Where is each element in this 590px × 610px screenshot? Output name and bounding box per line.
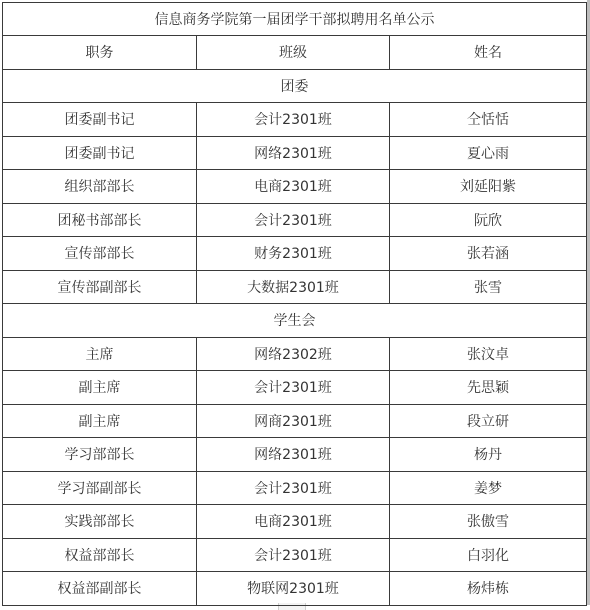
header-position: 职务 [3,36,197,70]
table-row: 组织部部长电商2301班刘延阳紫 [3,170,587,204]
cell-name: 杨丹 [390,438,587,472]
table-row: 团秘书部部长会计2301班阮欣 [3,203,587,237]
cell-position: 学习部部长 [3,438,197,472]
section-row: 团委 [3,69,587,103]
cell-name: 先思颖 [390,371,587,405]
cell-class: 电商2301班 [197,170,390,204]
title-row: 信息商务学院第一届团学干部拟聘用名单公示 [3,3,587,36]
cell-class: 会计2301班 [197,538,390,572]
cell-position: 权益部部长 [3,538,197,572]
table-row: 副主席会计2301班先思颖 [3,371,587,405]
cell-name: 夏心雨 [390,136,587,170]
cell-class: 网络2301班 [197,438,390,472]
cell-class: 会计2301班 [197,103,390,137]
cell-class: 物联网2301班 [197,572,390,606]
cell-position: 主席 [3,337,197,371]
table-row: 团委副书记网络2301班夏心雨 [3,136,587,170]
cell-position: 团委副书记 [3,103,197,137]
cell-name: 段立研 [390,404,587,438]
cell-name: 张雪 [390,270,587,304]
cell-name: 张汶卓 [390,337,587,371]
table-row: 权益部部长会计2301班白羽化 [3,538,587,572]
cell-position: 学习部副部长 [3,471,197,505]
cell-class: 会计2301班 [197,203,390,237]
cell-name: 白羽化 [390,538,587,572]
cell-class: 财务2301班 [197,237,390,271]
cell-position: 组织部部长 [3,170,197,204]
cell-position: 团委副书记 [3,136,197,170]
table-row: 学习部副部长会计2301班姜梦 [3,471,587,505]
table-row: 主席网络2302班张汶卓 [3,337,587,371]
cell-name: 张傲雪 [390,505,587,539]
header-name: 姓名 [390,36,587,70]
cell-class: 网络2302班 [197,337,390,371]
cell-position: 宣传部副部长 [3,270,197,304]
cell-position: 副主席 [3,371,197,405]
cell-class: 网商2301班 [197,404,390,438]
cell-position: 实践部部长 [3,505,197,539]
cell-position: 权益部副部长 [3,572,197,606]
section-row: 学生会 [3,304,587,338]
cell-class: 网络2301班 [197,136,390,170]
table-row: 学习部部长网络2301班杨丹 [3,438,587,472]
section-label: 学生会 [3,304,587,338]
table-row: 宣传部部长财务2301班张若涵 [3,237,587,271]
cell-position: 宣传部部长 [3,237,197,271]
table-row: 宣传部副部长大数据2301班张雪 [3,270,587,304]
table-row: 实践部部长电商2301班张傲雪 [3,505,587,539]
cell-name: 张若涵 [390,237,587,271]
section-label: 团委 [3,69,587,103]
table-title: 信息商务学院第一届团学干部拟聘用名单公示 [3,3,587,36]
cell-name: 仝恬恬 [390,103,587,137]
cell-class: 大数据2301班 [197,270,390,304]
table-row: 权益部副部长物联网2301班杨炜栋 [3,572,587,606]
cell-class: 会计2301班 [197,371,390,405]
cell-name: 杨炜栋 [390,572,587,606]
cell-position: 团秘书部部长 [3,203,197,237]
cell-class: 会计2301班 [197,471,390,505]
cell-position: 副主席 [3,404,197,438]
appointment-roster-table: 信息商务学院第一届团学干部拟聘用名单公示 职务 班级 姓名 团委团委副书记会计2… [2,2,587,606]
table-row: 团委副书记会计2301班仝恬恬 [3,103,587,137]
header-class: 班级 [197,36,390,70]
table-row: 副主席网商2301班段立研 [3,404,587,438]
cell-name: 阮欣 [390,203,587,237]
header-row: 职务 班级 姓名 [3,36,587,70]
cell-class: 电商2301班 [197,505,390,539]
cell-name: 刘延阳紫 [390,170,587,204]
cell-name: 姜梦 [390,471,587,505]
